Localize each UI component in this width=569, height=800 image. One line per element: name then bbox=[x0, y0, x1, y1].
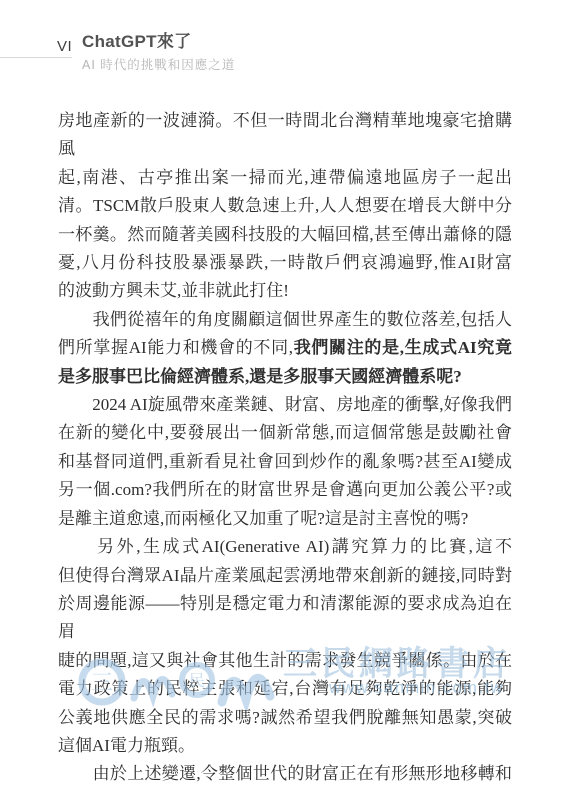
book-title: ChatGPT來了 bbox=[82, 27, 235, 52]
text-line: 和基督同道們,重新看見社會回到炒作的亂象嗎?甚至AI變成 bbox=[58, 448, 512, 476]
text-line: 是多服事巴比倫經濟體系,還是多服事天國經濟體系呢? bbox=[58, 363, 512, 391]
text-line: 電力政策上的民粹主張和延宕,台灣有足夠乾淨的能源,能夠 bbox=[58, 675, 512, 703]
text-line: 在新的變化中,要發展出一個新常態,而這個常態是鼓勵社會 bbox=[58, 419, 512, 447]
text-line: 這個AI電力瓶頸。 bbox=[58, 732, 512, 760]
text-line: 另外,生成式AI(Generative AI)講究算力的比賽,這不 bbox=[58, 533, 512, 561]
book-subtitle: AI 時代的挑戰和因應之道 bbox=[82, 55, 235, 73]
paragraph: 我們從禧年的角度關顧這個世界產生的數位落差,包括人們所掌握AI能力和機會的不同,… bbox=[58, 306, 512, 391]
body-text: 房地產新的一波漣漪。不但一時間北台灣精華地塊豪宅搶購風起,南港、古亭推出案一掃而… bbox=[58, 107, 512, 789]
text-line: 房地產新的一波漣漪。不但一時間北台灣精華地塊豪宅搶購風 bbox=[58, 107, 512, 164]
text-line: 一杯羹。然而隨著美國科技股的大幅回檔,甚至傳出蕭條的隱 bbox=[58, 221, 512, 249]
text-line: 憂,八月份科技股暴漲暴跌,一時散戶們哀鴻遍野,惟AI財富 bbox=[58, 249, 512, 277]
text-line: 另一個.com?我們所在的財富世界是會邁向更加公義公平?或 bbox=[58, 476, 512, 504]
text-line: 2024 AI旋風帶來產業鏈、財富、房地產的衝擊,好像我們 bbox=[58, 391, 512, 419]
paragraph: 另外,生成式AI(Generative AI)講究算力的比賽,這不但使得台灣眾A… bbox=[58, 533, 512, 760]
text-line: 起,南港、古亭推出案一掃而光,連帶偏遠地區房子一起出 bbox=[58, 164, 512, 192]
page-number: VI bbox=[57, 38, 72, 55]
text-line: 清。TSCM散戶股東人數急速上升,人人想要在增長大餅中分 bbox=[58, 192, 512, 220]
text-line: 於周邊能源——特別是穩定電力和清潔能源的要求成為迫在眉 bbox=[58, 590, 512, 647]
paragraph: 由於上述變遷,令整個世代的財富正在有形無形地移轉和 bbox=[58, 760, 512, 788]
text-line: 是離主道愈遠,而兩極化又加重了呢?這是討主喜悅的嗎? bbox=[58, 505, 512, 533]
text-line: 的波動方興未艾,並非就此打住! bbox=[58, 277, 512, 305]
text-line: 由於上述變遷,令整個世代的財富正在有形無形地移轉和 bbox=[58, 760, 512, 788]
page-header: VI ChatGPT來了 AI 時代的挑戰和因應之道 bbox=[0, 0, 569, 90]
paragraph: 2024 AI旋風帶來產業鏈、財富、房地產的衝擊,好像我們在新的變化中,要發展出… bbox=[58, 391, 512, 533]
text-line: 但使得台灣眾AI晶片產業風起雲湧地帶來創新的鏈接,同時對 bbox=[58, 562, 512, 590]
header-title-block: ChatGPT來了 AI 時代的挑戰和因應之道 bbox=[82, 27, 235, 73]
text-line: 們所掌握AI能力和機會的不同,我們關注的是,生成式AI究竟 bbox=[58, 334, 512, 362]
paragraph: 房地產新的一波漣漪。不但一時間北台灣精華地塊豪宅搶購風起,南港、古亭推出案一掃而… bbox=[58, 107, 512, 306]
text-line: 公義地供應全民的需求嗎?誠然希望我們脫離無知愚蒙,突破 bbox=[58, 704, 512, 732]
book-page: VI ChatGPT來了 AI 時代的挑戰和因應之道 房地產新的一波漣漪。不但一… bbox=[0, 0, 569, 800]
text-line: 睫的問題,這又與社會其他生計的需求發生競爭關係。由於在 bbox=[58, 647, 512, 675]
header-divider bbox=[0, 57, 72, 58]
text-line: 我們從禧年的角度關顧這個世界產生的數位落差,包括人 bbox=[58, 306, 512, 334]
